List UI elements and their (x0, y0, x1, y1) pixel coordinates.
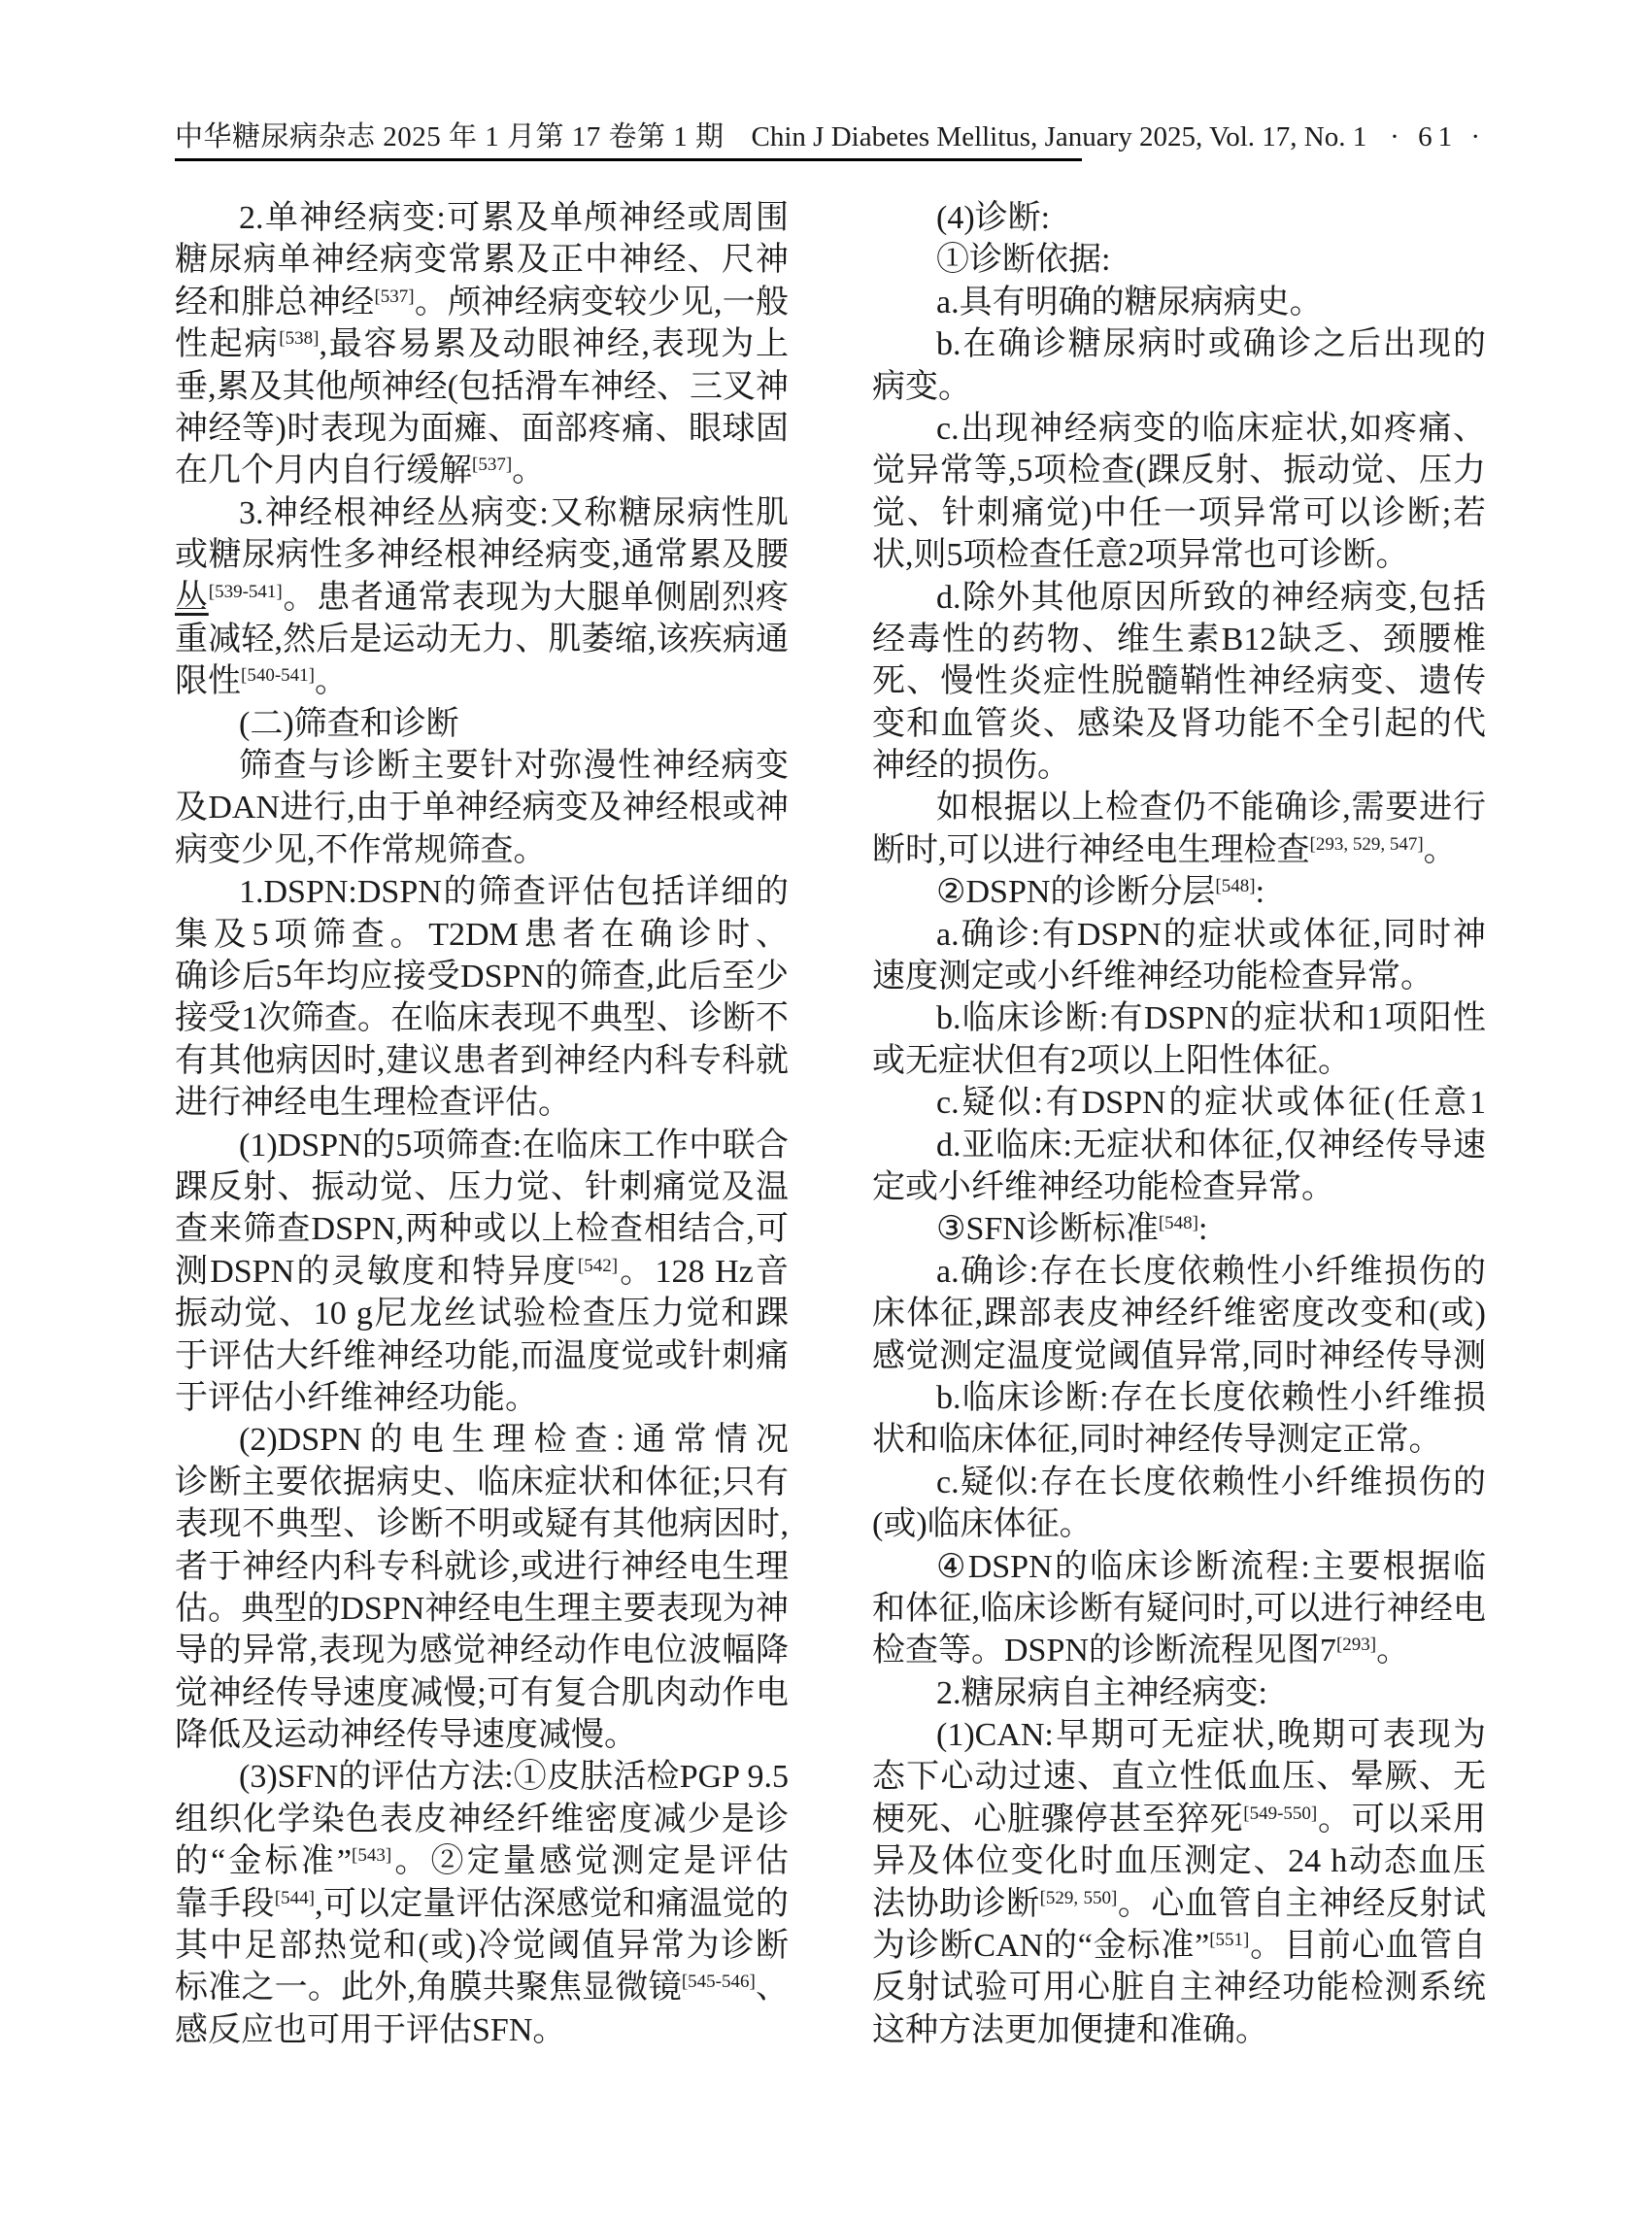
reference-superscript: [293, 529, 547] (1310, 834, 1424, 855)
text-run: 3.神经根神经丛病变:又称糖尿病性肌萎缩症 (239, 495, 789, 534)
text-run: (或)临床体征。 (872, 1506, 1093, 1542)
reference-superscript: [293] (1336, 1635, 1376, 1655)
reference-superscript: [545-546] (682, 1972, 756, 1992)
text-run: c.疑似:有DSPN的症状或体征(任意1项)。 (936, 1085, 1486, 1124)
reference-superscript: [537] (472, 455, 512, 475)
journal-title-cn: 中华糖尿病杂志 2025 年 1 月第 17 卷第 1 期 (175, 121, 725, 152)
text-line: 糖尿病单神经病变常累及正中神经、尺神经、桡神 (175, 239, 789, 281)
text-line: 降低及运动神经传导速度减慢。 (175, 1714, 789, 1756)
text-run: 测DSPN的灵敏度和特异度 (175, 1254, 578, 1290)
journal-page: 中华糖尿病杂志 2025 年 1 月第 17 卷第 1 期Chin J Diab… (0, 0, 1652, 2225)
page-header: 中华糖尿病杂志 2025 年 1 月第 17 卷第 1 期Chin J Diab… (175, 120, 1486, 153)
text-run: 反射试验可用心脏自主神经功能检测系统来检测, (872, 1970, 1486, 2008)
text-line: 性起病[538],最容易累及动眼神经,表现为上睑下 (175, 323, 789, 365)
text-line: ④DSPN的临床诊断流程:主要根据临床症状 (872, 1546, 1486, 1588)
text-run: 标准之一。此外,角膜共聚焦显微镜 (175, 1970, 682, 2006)
text-line: 速度测定或小纤维神经功能检查异常。 (872, 956, 1486, 997)
text-run: d.除外其他原因所致的神经病变,包括具有神 (936, 580, 1486, 619)
text-run: 速度测定或小纤维神经功能检查异常。 (872, 959, 1433, 995)
text-line: 这种方法更加便捷和准确。 (872, 2009, 1486, 2051)
text-run: 神经等)时表现为面瘫、面部疼痛、眼球固定等,可 (175, 411, 789, 450)
text-run: (1)CAN:早期可无症状,晚期可表现为静息状 (936, 1717, 1486, 1756)
text-line: b.临床诊断:存在长度依赖性小纤维损伤的症 (872, 1377, 1486, 1419)
text-run: 变和血管炎、感染及肾功能不全引起的代谢毒物对 (872, 706, 1486, 745)
text-run: 状和临床体征,同时神经传导测定正常。 (872, 1422, 1442, 1458)
text-run: 导的异常,表现为感觉神经动作电位波幅降低、感 (175, 1633, 789, 1671)
text-run: 及DAN进行,由于单神经病变及神经根或神经丛 (175, 790, 789, 828)
text-run: 垂,累及其他颅神经(包括滑车神经、三叉神经、展 (175, 369, 789, 408)
text-run: : (1256, 874, 1264, 910)
reference-superscript: [539-541] (209, 582, 283, 602)
text-run: 进行神经电生理检查评估。 (175, 1085, 571, 1121)
text-run: (1)DSPN的5项筛查:在临床工作中联合应用 (239, 1128, 789, 1166)
text-line: 于评估小纤维神经功能。 (175, 1377, 789, 1419)
text-line: 病变。 (872, 366, 1486, 408)
text-line: 觉神经传导速度减慢;可有复合肌肉动作电位波幅 (175, 1672, 789, 1714)
text-run: ③SFN诊断标准 (936, 1211, 1159, 1247)
reference-superscript: [551] (1209, 1930, 1249, 1950)
text-run: 死、慢性炎症性脱髓鞘性神经病变、遗传性神经病 (872, 663, 1486, 702)
text-run: 和体征,临床诊断有疑问时,可以进行神经电生理 (872, 1591, 1486, 1630)
text-line: (3)SFN的评估方法:①皮肤活检PGP 9.5免疫 (175, 1756, 789, 1798)
text-run: 诊断主要依据病史、临床症状和体征;只有在临床 (175, 1465, 789, 1503)
text-line: 进行神经电生理检查评估。 (175, 1082, 789, 1124)
text-line: 和体征,临床诊断有疑问时,可以进行神经电生理 (872, 1588, 1486, 1630)
text-line: 丛[539-541]。患者通常表现为大腿单侧剧烈疼痛和体 (175, 577, 789, 619)
text-run: 的“金标准” (175, 1843, 352, 1879)
text-run: (3)SFN的评估方法:①皮肤活检PGP 9.5免疫 (239, 1759, 789, 1798)
text-line: 及DAN进行,由于单神经病变及神经根或神经丛 (175, 787, 789, 828)
reference-superscript: [543] (352, 1845, 391, 1866)
reference-superscript: [540-541] (241, 665, 315, 686)
text-line: 者于神经内科专科就诊,或进行神经电生理检查评 (175, 1546, 789, 1588)
text-run: 2.单神经病变:可累及单颅神经或周围神经。 (239, 200, 789, 239)
text-run: 定或小纤维神经功能检查异常。 (872, 1169, 1334, 1205)
text-run: 这种方法更加便捷和准确。 (872, 2012, 1268, 2048)
text-run: c.疑似:存在长度依赖性小纤维损伤的症状和 (936, 1465, 1486, 1503)
reference-superscript: [548] (1215, 876, 1255, 896)
text-line: 如根据以上检查仍不能确诊,需要进行鉴别诊 (872, 787, 1486, 828)
reference-superscript: [544] (275, 1888, 315, 1908)
text-line: 1.DSPN:DSPN的筛查评估包括详细的病史采 (175, 871, 789, 913)
text-line: d.除外其他原因所致的神经病变,包括具有神 (872, 577, 1486, 619)
reference-superscript: [549-550] (1243, 1804, 1317, 1824)
text-run: 糖尿病单神经病变常累及正中神经、尺神经、桡神 (175, 242, 789, 281)
text-run: 病变。 (872, 369, 971, 405)
text-line: 组织化学染色表皮神经纤维密度减少是诊断SFN (175, 1799, 789, 1840)
text-run: 查来筛查DSPN,两种或以上检查相结合,可提高检 (175, 1211, 789, 1250)
text-line: c.疑似:存在长度依赖性小纤维损伤的症状和 (872, 1462, 1486, 1503)
text-run: 2.糖尿病自主神经病变: (936, 1675, 1267, 1711)
text-line: 经毒性的药物、维生素B12缺乏、颈腰椎疾病、脑梗 (872, 619, 1486, 660)
text-line: 断时,可以进行神经电生理检查[293, 529, 547]。 (872, 829, 1486, 871)
text-line: c.疑似:有DSPN的症状或体征(任意1项)。 (872, 1082, 1486, 1124)
text-run: 态下心动过速、直立性低血压、晕厥、无症状型心肌 (872, 1759, 1486, 1798)
text-line: 靠手段[544],可以定量评估深感觉和痛温觉的异常, (175, 1883, 789, 1925)
page-number: · 61 · (1390, 120, 1486, 153)
text-line: (1)DSPN的5项筛查:在临床工作中联合应用 (175, 1125, 789, 1166)
text-line: 振动觉、10 g尼龙丝试验检查压力觉和踝反射可用 (175, 1293, 789, 1334)
text-line: 接受1次筛查。在临床表现不典型、诊断不明或疑 (175, 997, 789, 1039)
text-line: 病变少见,不作常规筛查。 (175, 829, 789, 871)
text-run: 集及5项筛查。T2DM患者在确诊时、T1DM患者在 (175, 917, 789, 956)
text-line: 神经等)时表现为面瘫、面部疼痛、眼球固定等,可 (175, 408, 789, 450)
text-run: a.确诊:有DSPN的症状或体征,同时神经传导 (936, 917, 1486, 956)
text-line: 有其他病因时,建议患者到神经内科专科就诊,或 (175, 1040, 789, 1082)
text-run: ①诊断依据: (936, 242, 1110, 278)
text-run: 于评估大纤维神经功能,而温度觉或针刺痛觉可用 (175, 1338, 789, 1377)
text-line: 表现不典型、诊断不明或疑有其他病因时,建议患 (175, 1503, 789, 1545)
text-run: 经和腓总神经 (175, 285, 374, 320)
text-line: 限性[540-541]。 (175, 660, 789, 702)
text-run: 其中足部热觉和(或)冷觉阈值异常为诊断SFN的 (175, 1928, 789, 1967)
text-run: 性起病 (175, 326, 279, 362)
text-line: (2)DSPN的电生理检查:通常情况下,DSPN的 (175, 1419, 789, 1461)
text-line: 3.神经根神经丛病变:又称糖尿病性肌萎缩症 (175, 492, 789, 534)
reference-superscript: [537] (374, 287, 414, 307)
text-run: 振动觉、10 g尼龙丝试验检查压力觉和踝反射可用 (175, 1296, 789, 1334)
text-run: 重减轻,然后是运动无力、肌萎缩,该疾病通常呈自 (175, 622, 789, 660)
text-run: 检查等。DSPN的诊断流程见图7 (872, 1633, 1336, 1669)
text-line: 或糖尿病性多神经根神经病变,通常累及腰骶神经 (175, 534, 789, 576)
text-line: 2.单神经病变:可累及单颅神经或周围神经。 (175, 197, 789, 239)
left-column: 2.单神经病变:可累及单颅神经或周围神经。糖尿病单神经病变常累及正中神经、尺神经… (175, 197, 789, 2051)
text-run: 1.DSPN:DSPN的筛查评估包括详细的病史采 (239, 874, 789, 913)
text-run: 。 (1424, 832, 1457, 868)
text-run: ②DSPN的诊断分层 (936, 874, 1215, 910)
text-line: 为诊断CAN的“金标准”[551]。目前心血管自主神经 (872, 1925, 1486, 1967)
text-line: 感反应也可用于评估SFN。 (175, 2009, 789, 2051)
text-line: 估。典型的DSPN神经电生理主要表现为神经传 (175, 1588, 789, 1630)
text-line: a.具有明确的糖尿病病史。 (872, 282, 1486, 323)
text-run: (4)诊断: (936, 200, 1050, 236)
text-run: 经毒性的药物、维生素B12缺乏、颈腰椎疾病、脑梗 (872, 622, 1486, 660)
text-line: d.亚临床:无症状和体征,仅神经传导速度测 (872, 1125, 1486, 1166)
text-run: 者于神经内科专科就诊,或进行神经电生理检查评 (175, 1549, 789, 1588)
text-run: 降低及运动神经传导速度减慢。 (175, 1717, 637, 1753)
reference-superscript: [548] (1159, 1213, 1198, 1233)
text-run: 于评估小纤维神经功能。 (175, 1380, 538, 1416)
right-column: (4)诊断:①诊断依据:a.具有明确的糖尿病病史。b.在确诊糖尿病时或确诊之后出… (872, 197, 1486, 2051)
text-line: 其中足部热觉和(或)冷觉阈值异常为诊断SFN的 (175, 1925, 789, 1967)
text-line: 状和临床体征,同时神经传导测定正常。 (872, 1419, 1486, 1461)
text-line: 重减轻,然后是运动无力、肌萎缩,该疾病通常呈自 (175, 619, 789, 660)
text-line: 测DSPN的灵敏度和特异度[542]。128 Hz音叉检查 (175, 1251, 789, 1293)
text-run: 或无症状但有2项以上阳性体征。 (872, 1043, 1351, 1079)
article-body: 2.单神经病变:可累及单颅神经或周围神经。糖尿病单神经病变常累及正中神经、尺神经… (175, 197, 1486, 2051)
text-line: (或)临床体征。 (872, 1503, 1486, 1545)
text-line: 状,则5项检查任意2项异常也可诊断。 (872, 534, 1486, 576)
text-run: 在几个月内自行缓解 (175, 453, 472, 489)
text-run: 。 (1376, 1633, 1409, 1669)
text-line: 的“金标准”[543]。②定量感觉测定是评估SFN的可 (175, 1840, 789, 1882)
reference-superscript: [542] (578, 1256, 618, 1276)
text-line: 梗死、心脏骤停甚至猝死[549-550]。可以采用心率变 (872, 1799, 1486, 1840)
text-run: 估。典型的DSPN神经电生理主要表现为神经传 (175, 1591, 789, 1630)
text-line: 定或小纤维神经功能检查异常。 (872, 1166, 1486, 1208)
header-rule (175, 158, 1082, 161)
text-run: 。 (315, 663, 348, 699)
text-run: 觉异常等,5项检查(踝反射、振动觉、压力觉、温度 (872, 453, 1486, 491)
text-run: 组织化学染色表皮神经纤维密度减少是诊断SFN (175, 1802, 789, 1840)
text-run: 有其他病因时,建议患者到神经内科专科就诊,或 (175, 1043, 789, 1082)
text-line: 标准之一。此外,角膜共聚焦显微镜[545-546]、皮肤交 (175, 1967, 789, 2008)
text-line: 感觉测定温度觉阈值异常,同时神经传导测定正常。 (872, 1335, 1486, 1377)
text-line: ②DSPN的诊断分层[548]: (872, 871, 1486, 913)
text-run: 断时,可以进行神经电生理检查 (872, 832, 1310, 868)
text-line: 床体征,踝部表皮神经纤维密度改变和(或)足部定量 (872, 1293, 1486, 1334)
text-run: 或糖尿病性多神经根神经病变,通常累及腰骶神经 (175, 537, 789, 576)
text-run: b.临床诊断:存在长度依赖性小纤维损伤的症 (936, 1380, 1486, 1419)
text-line: 踝反射、振动觉、压力觉、针刺痛觉及温度觉5项检 (175, 1166, 789, 1208)
text-run: 限性 (175, 663, 241, 699)
text-run: 确诊后5年均应接受DSPN的筛查,此后至少每年 (175, 959, 789, 997)
text-run: 如根据以上检查仍不能确诊,需要进行鉴别诊 (936, 790, 1486, 828)
text-run: a.确诊:存在长度依赖性小纤维损伤的症状和临 (936, 1254, 1486, 1293)
text-run: 。 (512, 453, 545, 489)
text-line: 垂,累及其他颅神经(包括滑车神经、三叉神经、展 (175, 366, 789, 408)
text-line: 查来筛查DSPN,两种或以上检查相结合,可提高检 (175, 1208, 789, 1250)
text-run: 病变少见,不作常规筛查。 (175, 832, 547, 868)
text-line: b.临床诊断:有DSPN的症状和1项阳性体征, (872, 997, 1486, 1039)
text-line: 诊断主要依据病史、临床症状和体征;只有在临床 (175, 1462, 789, 1503)
text-line: 神经的损伤。 (872, 745, 1486, 787)
text-line: 集及5项筛查。T2DM患者在确诊时、T1DM患者在 (175, 914, 789, 956)
text-line: (1)CAN:早期可无症状,晚期可表现为静息状 (872, 1714, 1486, 1756)
text-line: 异及体位变化时血压测定、24 h动态血压监测等方 (872, 1840, 1486, 1882)
text-run: 踝反射、振动觉、压力觉、针刺痛觉及温度觉5项检 (175, 1169, 789, 1208)
text-run: b.在确诊糖尿病时或确诊之后出现的神经 (936, 326, 1486, 365)
text-line: 检查等。DSPN的诊断流程见图7[293]。 (872, 1630, 1486, 1671)
text-line: 法协助诊断[529, 550]。心血管自主神经反射试验可作 (872, 1883, 1486, 1925)
text-run: c.出现神经病变的临床症状,如疼痛、麻木、感 (936, 411, 1486, 450)
text-run: 为诊断CAN的“金标准” (872, 1928, 1209, 1964)
text-run: 状,则5项检查任意2项异常也可诊断。 (872, 537, 1409, 573)
text-run: 靠手段 (175, 1886, 275, 1922)
reference-superscript: [538] (279, 328, 319, 349)
text-line: 于评估大纤维神经功能,而温度觉或针刺痛觉可用 (175, 1335, 789, 1377)
text-run: 法协助诊断 (872, 1886, 1040, 1922)
text-line: 死、慢性炎症性脱髓鞘性神经病变、遗传性神经病 (872, 660, 1486, 702)
text-line: ①诊断依据: (872, 239, 1486, 281)
text-line: 导的异常,表现为感觉神经动作电位波幅降低、感 (175, 1630, 789, 1671)
text-run: 神经的损伤。 (872, 748, 1070, 784)
text-run: 梗死、心脏骤停甚至猝死 (872, 1802, 1243, 1837)
journal-title-en: Chin J Diabetes Mellitus, January 2025, … (752, 121, 1367, 152)
text-run: 接受1次筛查。在临床表现不典型、诊断不明或疑 (175, 1000, 789, 1039)
text-line: b.在确诊糖尿病时或确诊之后出现的神经 (872, 323, 1486, 365)
text-line: (二)筛查和诊断 (175, 703, 789, 745)
text-line: 态下心动过速、直立性低血压、晕厥、无症状型心肌 (872, 1756, 1486, 1798)
text-run: 觉、针刺痛觉)中任一项异常可以诊断;若无临床症 (872, 495, 1486, 534)
text-run: (二)筛查和诊断 (239, 706, 459, 742)
text-run: (2)DSPN的电生理检查:通常情况下,DSPN的 (239, 1422, 789, 1461)
text-run: : (1198, 1211, 1207, 1247)
text-line: (4)诊断: (872, 197, 1486, 239)
text-run: d.亚临床:无症状和体征,仅神经传导速度测 (936, 1128, 1486, 1166)
text-run: 床体征,踝部表皮神经纤维密度改变和(或)足部定量 (872, 1296, 1486, 1334)
text-line: 确诊后5年均应接受DSPN的筛查,此后至少每年 (175, 956, 789, 997)
text-run: 感反应也可用于评估SFN。 (175, 2012, 565, 2048)
text-line: 2.糖尿病自主神经病变: (872, 1672, 1486, 1714)
text-line: ③SFN诊断标准[548]: (872, 1208, 1486, 1250)
text-line: 觉、针刺痛觉)中任一项异常可以诊断;若无临床症 (872, 492, 1486, 534)
text-line: c.出现神经病变的临床症状,如疼痛、麻木、感 (872, 408, 1486, 450)
text-line: a.确诊:存在长度依赖性小纤维损伤的症状和临 (872, 1251, 1486, 1293)
reference-superscript: [529, 550] (1040, 1888, 1118, 1908)
text-run: 觉神经传导速度减慢;可有复合肌肉动作电位波幅 (175, 1675, 789, 1714)
text-line: 在几个月内自行缓解[537]。 (175, 450, 789, 491)
text-line: 觉异常等,5项检查(踝反射、振动觉、压力觉、温度 (872, 450, 1486, 491)
text-run: 丛 (175, 580, 209, 616)
text-line: 筛查与诊断主要针对弥漫性神经病变的DSPN (175, 745, 789, 787)
text-run: 感觉测定温度觉阈值异常,同时神经传导测定正常。 (872, 1338, 1486, 1377)
text-run: ④DSPN的临床诊断流程:主要根据临床症状 (936, 1549, 1486, 1588)
text-line: 经和腓总神经[537]。颅神经病变较少见,一般为急 (175, 282, 789, 323)
text-run: 表现不典型、诊断不明或疑有其他病因时,建议患 (175, 1506, 789, 1545)
text-run: 异及体位变化时血压测定、24 h动态血压监测等方 (872, 1843, 1486, 1882)
text-line: a.确诊:有DSPN的症状或体征,同时神经传导 (872, 914, 1486, 956)
text-line: 反射试验可用心脏自主神经功能检测系统来检测, (872, 1967, 1486, 2008)
text-line: 变和血管炎、感染及肾功能不全引起的代谢毒物对 (872, 703, 1486, 745)
text-run: 筛查与诊断主要针对弥漫性神经病变的DSPN (239, 748, 789, 787)
text-run: b.临床诊断:有DSPN的症状和1项阳性体征, (936, 1000, 1486, 1039)
text-run: a.具有明确的糖尿病病史。 (936, 285, 1323, 320)
text-line: 或无症状但有2项以上阳性体征。 (872, 1040, 1486, 1082)
